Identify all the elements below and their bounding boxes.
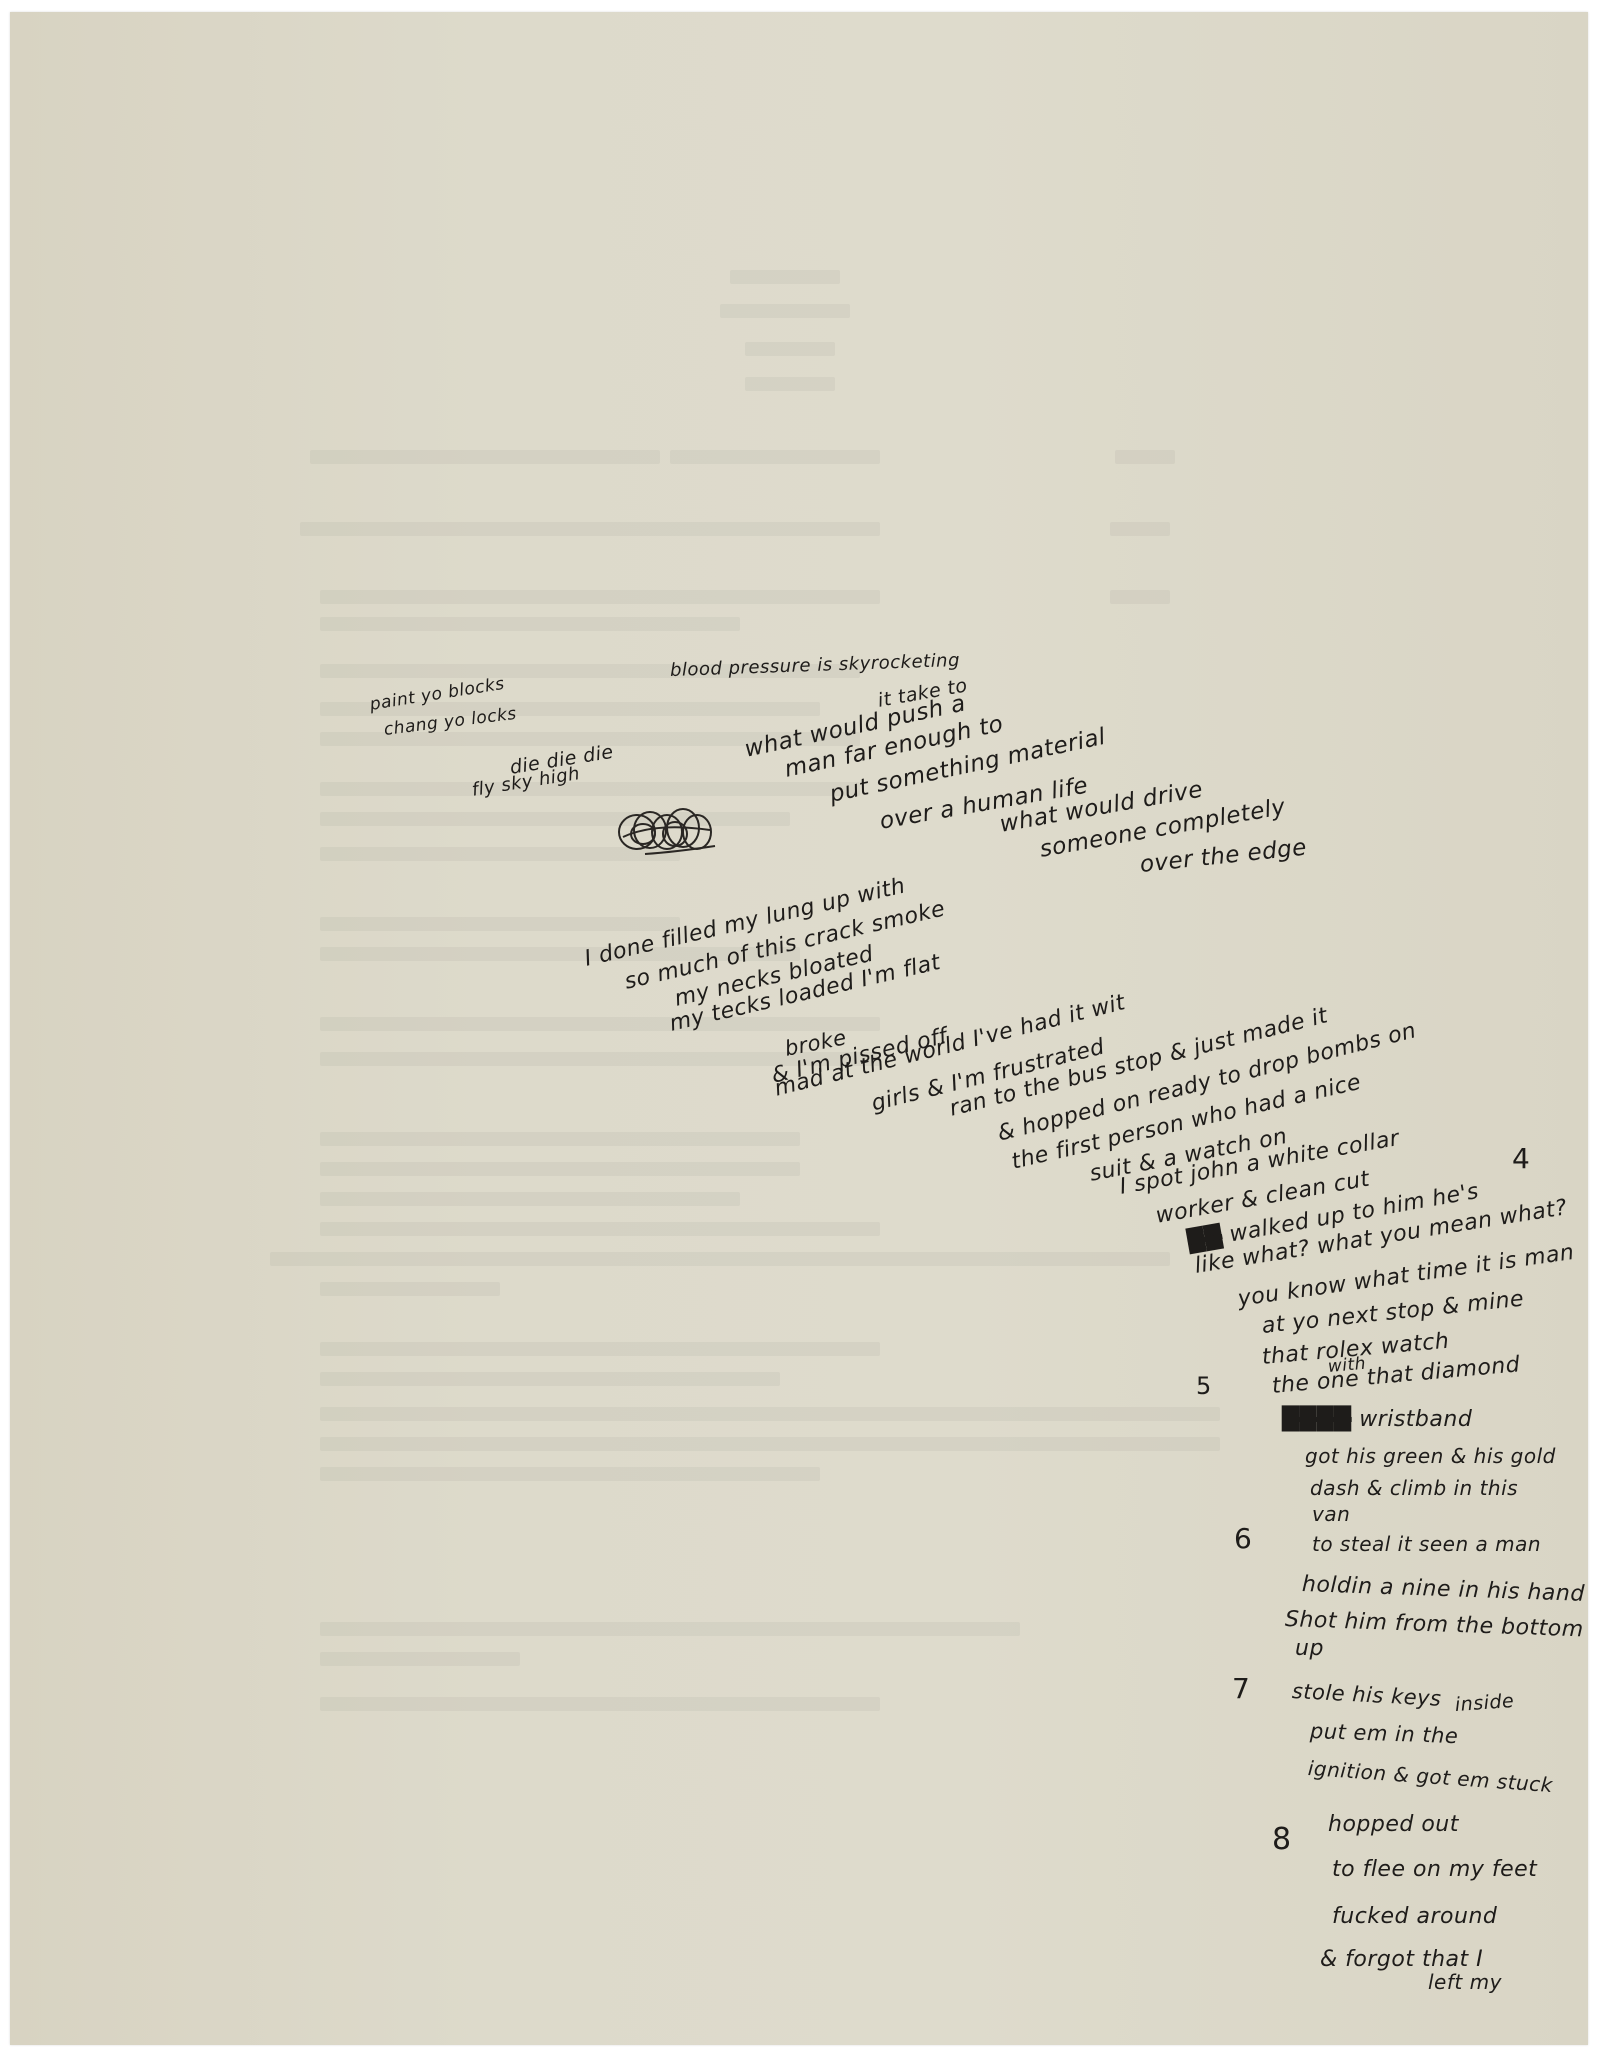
crossed-out-words: ████ [1282,1407,1352,1432]
verse-line-21: ████ wristband [1282,1407,1472,1432]
margin-number-4: 4 [1512,1142,1530,1175]
verse-line-30: put em in the [1310,1719,1459,1748]
verse-line-24: van [1312,1502,1350,1526]
verse-line-22: got his green & his gold [1305,1444,1556,1468]
verse-line-21-text: wristband [1359,1407,1472,1432]
margin-number-5: 5 [1196,1372,1211,1400]
paper-sheet: paint yo blocks chang yo locks die die d… [10,12,1588,2045]
insert-inside: inside [1454,1690,1515,1716]
margin-number-6: 6 [1234,1522,1252,1555]
verse-line-33: to flee on my feet [1332,1857,1537,1882]
verse-line-32: hopped out [1328,1812,1459,1837]
verse-line-36: left my [1428,1970,1502,1994]
margin-number-7: 7 [1232,1672,1250,1705]
verse-line-23: dash & climb in this [1310,1476,1518,1500]
verse-line-31: ignition & got em stuck [1307,1756,1553,1797]
verse-line-27: Shot him from the bottom [1285,1607,1585,1642]
margin-number-8: 8 [1272,1822,1291,1857]
verse-line-35: & forgot that I [1320,1947,1483,1972]
scribble-cross-out [615,802,725,862]
verse-line-28: up [1295,1636,1324,1661]
verse-line-34: fucked around [1332,1904,1497,1929]
verse-line-29: stole his keys [1291,1679,1442,1711]
verse-line-25: to steal it seen a man [1312,1532,1541,1556]
verse-line-26: holdin a nine in his hand [1302,1572,1586,1607]
